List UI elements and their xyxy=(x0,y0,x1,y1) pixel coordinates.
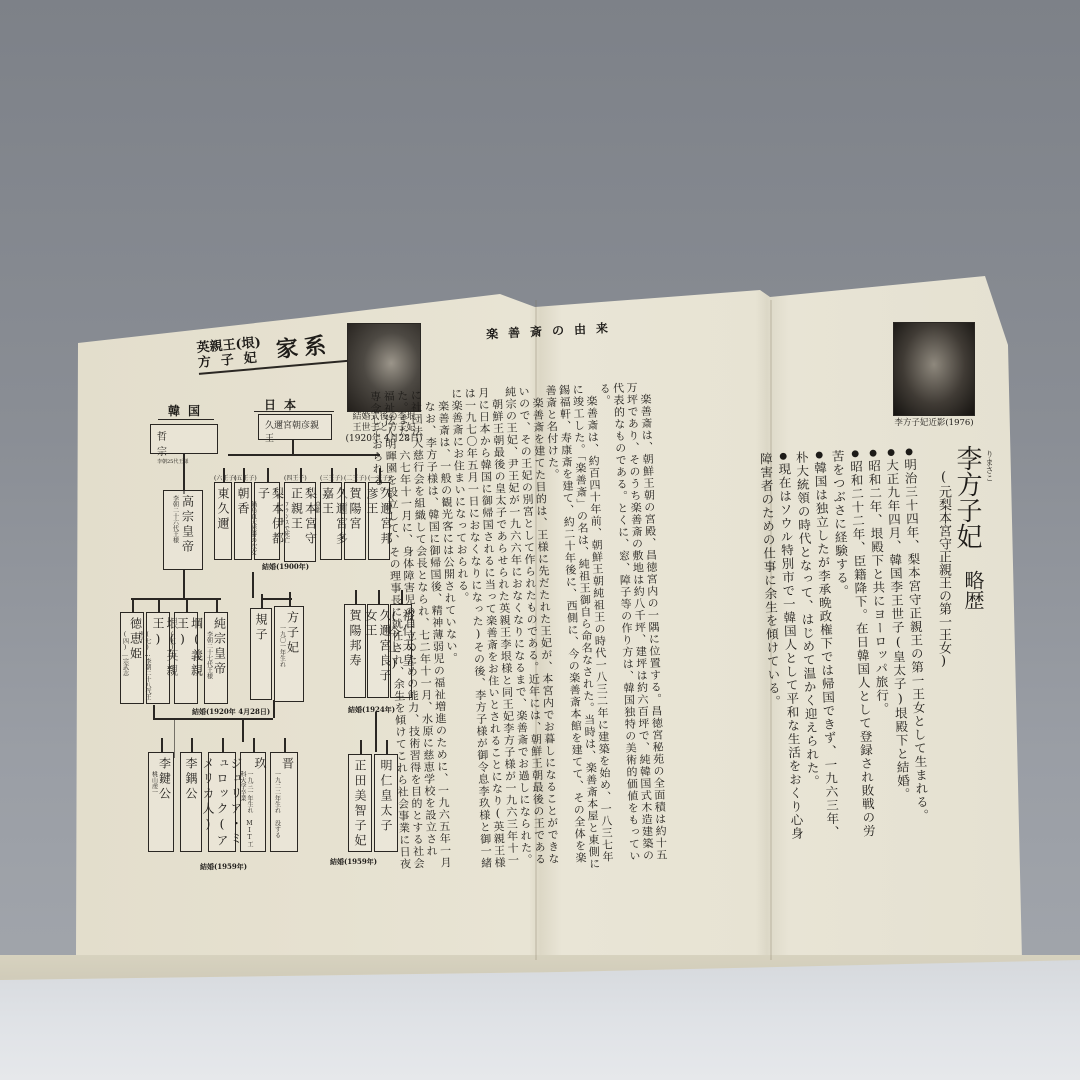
connector xyxy=(153,705,155,718)
gojong-box: 李朝二十六代王様 高宗皇帝 xyxy=(163,490,203,570)
person-name: 李鍵公 xyxy=(158,757,172,802)
person-name: 方子妃 xyxy=(286,611,300,656)
connector xyxy=(186,598,188,612)
person-note: 李朝二十七代王様 xyxy=(206,631,213,679)
connector xyxy=(331,468,333,482)
connector xyxy=(262,598,292,600)
bio-heading-suffix: 略歴 xyxy=(958,570,988,610)
person-name: ジュリア・ミュロック(アメリカ人) xyxy=(201,757,243,851)
connector xyxy=(261,594,263,608)
connector-dashed xyxy=(174,718,175,758)
essay-body: 楽善斎は、朝鮮王朝の宮殿、昌徳宮内の一隅に位置する。昌徳宮秘苑の全面積は約十五万… xyxy=(422,381,669,879)
person-box: 賀陽邦寿 xyxy=(344,604,366,698)
person-box: 東久邇 xyxy=(214,482,232,560)
person-box: 一九三一年生れ MIT工科大学卒業玖 xyxy=(240,752,266,852)
connector xyxy=(252,572,254,598)
connector xyxy=(158,598,160,612)
person-name: 晋 xyxy=(281,757,295,772)
person-name: 梨本宮守正親王 xyxy=(290,487,318,561)
person-name: 堈(義親王) xyxy=(176,617,204,703)
bio-ruby: りまさこ xyxy=(984,450,995,482)
person-note: 一九二二年生れ 没する xyxy=(274,771,281,838)
korea-rule xyxy=(158,419,214,420)
connector xyxy=(183,570,185,598)
person-box: 京都久邇宮多嘉王 xyxy=(320,482,342,560)
connector xyxy=(289,592,291,606)
person-box: (七)…李朝二十八代王世子垠(英親王) xyxy=(146,612,170,704)
person-box: 一九二二年生れ 没する晋 xyxy=(270,752,298,852)
connector xyxy=(222,738,224,752)
person-box: 一九〇一年生れ方子妃 xyxy=(274,606,304,702)
bio-name: 李方子妃 xyxy=(952,445,982,549)
gojong-name: 高宗皇帝 xyxy=(181,495,195,555)
portrait-caption: 李方子妃近影(1976) xyxy=(884,418,984,429)
rank-label: (四王子) xyxy=(284,473,307,482)
connector xyxy=(242,718,244,742)
person-name: 朝香 xyxy=(236,487,250,517)
connector xyxy=(360,740,362,754)
person-name: 賀陽宮 xyxy=(348,487,362,532)
connector xyxy=(355,590,357,604)
connector xyxy=(228,454,380,456)
person-note: 一九〇一年生れ xyxy=(279,625,286,667)
marriage-1900: 結婚(1900年) xyxy=(262,562,309,572)
japan-rule xyxy=(254,411,334,412)
person-name: 梨本伊都子 xyxy=(257,487,285,559)
person-box: ﾌﾗﾝｽで死亡梨本宮守正親王 xyxy=(284,482,316,562)
person-note: ﾌﾗﾝｽで死亡 xyxy=(283,501,290,543)
connector xyxy=(284,738,286,752)
marriage-1959-a: 結婚(1959年) xyxy=(200,862,247,872)
person-note: (四)…宗武志 xyxy=(122,631,129,676)
person-note: (七)…李朝二十八代王世子 xyxy=(137,631,151,703)
japan-root-box: 久邇宮朝彦親王 xyxy=(258,414,332,440)
person-note: (五)… xyxy=(169,631,176,658)
person-box: ジュリア・ミュロック(アメリカ人) xyxy=(208,752,236,852)
connector xyxy=(300,468,302,482)
marriage-1920: 結婚(1920年 4月28日) xyxy=(192,707,270,717)
person-box: 賀陽宮 xyxy=(344,482,366,560)
person-name: 李鍝公 xyxy=(184,757,198,802)
connector xyxy=(216,598,218,612)
person-box: 桃山虔一李鍵公 xyxy=(148,752,174,852)
korea-label: 韓国 xyxy=(168,402,208,419)
person-name: 純宗皇帝 xyxy=(213,617,227,677)
connector xyxy=(253,738,255,752)
person-box: 鍋島直大侯爵の次女梨本伊都子 xyxy=(254,482,280,560)
korea-root-box: 哲宗 李朝25代王様 xyxy=(150,424,218,454)
connector xyxy=(191,738,193,752)
connector xyxy=(375,712,377,752)
connector xyxy=(161,738,163,752)
person-box: 李朝二十七代王様純宗皇帝 xyxy=(204,612,228,704)
table-surface xyxy=(0,960,1080,1080)
person-note: 一九三一年生れ MIT工科大学卒業 xyxy=(239,771,253,851)
person-box: (五)…堈(義親王) xyxy=(174,612,198,704)
person-note: 桃山虔一 xyxy=(151,771,158,795)
connector xyxy=(292,440,294,454)
person-name: 東久邇 xyxy=(216,487,230,532)
connector xyxy=(183,454,185,494)
connector xyxy=(132,598,134,612)
person-note: 京都 xyxy=(314,501,321,513)
person-note: 鍋島直大侯爵の次女 xyxy=(250,501,257,555)
person-name: 規子 xyxy=(254,613,268,643)
rank-label: (五王子) xyxy=(234,473,257,482)
portrait-photo xyxy=(893,322,975,416)
person-box: 正田美智子妃 xyxy=(348,754,372,852)
marriage-1959-b: 結婚(1959年) xyxy=(330,857,377,867)
person-name: 玖 xyxy=(253,757,267,772)
bio-list: 明治三十四年、梨本宮守正親王の第一王女として生まれる。大正九年四月、韓国李王世子… xyxy=(733,447,932,853)
connector xyxy=(153,718,273,720)
title-main: 家系 xyxy=(275,328,334,364)
connector xyxy=(223,468,225,482)
connector xyxy=(355,468,357,482)
person-box: 李鍝公 xyxy=(180,752,202,852)
person-box: 規子 xyxy=(250,608,272,700)
connector xyxy=(131,598,221,600)
person-name: 正田美智子妃 xyxy=(353,759,367,849)
connector xyxy=(243,468,245,482)
connector xyxy=(267,468,269,482)
bio-subtitle: (元梨本宮守正親王の第一王女) xyxy=(934,470,953,669)
person-name: 賀陽邦寿 xyxy=(348,609,362,669)
gojong-note: 李朝二十六代王様 xyxy=(172,495,179,543)
connector xyxy=(273,700,275,718)
